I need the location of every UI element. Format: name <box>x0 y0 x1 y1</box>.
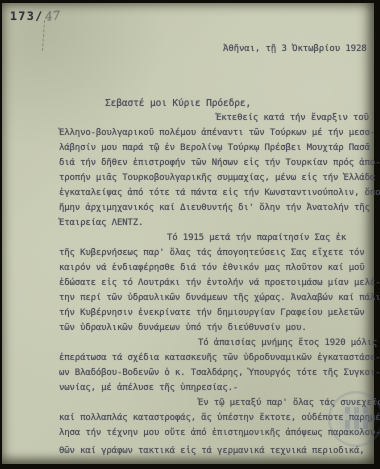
salutation: Σεβαστέ μοι Κύριε Πρόεδρε, <box>105 98 251 109</box>
letter-line: τροπήν μιᾶς Τουρκοβουλγαρικῆς συμμαχίας,… <box>59 171 371 186</box>
letter-line: ἐδώσατε εἰς τό Λουτράκι τήν ἐντολήν νά π… <box>59 276 371 291</box>
letter-line: Τό 1915 μετά τήν παραίτησίν Σας ἐκ <box>59 231 371 246</box>
letter-line: καί πολλαπλάς καταστροφάς, ἅς ὑπέστην ἔκ… <box>59 411 371 426</box>
scanned-letter-photo: 173/47 Ἀθῆναι, τῇ 3 Ὀκτωβρίου 1928 Σεβασ… <box>0 0 380 469</box>
letter-line: τῶν ὑδραυλικῶν δυνάμεων ὑπό τήν διεύθυνσ… <box>59 321 371 336</box>
letter-line: διά τήν δῆθεν ἐπιστροφήν τῶν Νήσων εἰς τ… <box>59 156 371 171</box>
stamp-emblem <box>341 407 371 429</box>
letter-body: Ἐκτεθείς κατά τήν ἔναρξιν τοῦ Ἑλληνο-βου… <box>59 111 371 459</box>
letter-line: Ἐν τῷ μεταξύ παρ' ὅλας τάς συνεχεῖς <box>59 396 371 411</box>
handwritten-number: 47 <box>44 8 61 24</box>
letter-line: ἤμην ἀρχιμηχανικός καί Διευθυντής δι' ὅλ… <box>59 201 371 216</box>
letter-line: ων Βλαδόβου-Βοδενῶν ὁ κ. Τσαλδάρης, Ὑπου… <box>59 366 371 381</box>
letter-line: Ἐκτεθείς κατά τήν ἔναρξιν τοῦ <box>59 111 371 126</box>
letter-line: τήν Κυβέρνησιν ἐνεκρίνατε τήν δημιουργία… <box>59 306 371 321</box>
reference-number: 173/47 <box>10 9 60 23</box>
letter-line: νωνίας, μέ ἀπέλυσε τῆς ὑπηρεσίας.- <box>59 381 371 396</box>
letter-line: την περί τῶν ὑδραυλικῶν δυνάμεων τῆς χώρ… <box>59 291 371 306</box>
letter-line: τῆς Κυβερνήσεως παρ' ὅλας τάς ἀπογοητεύσ… <box>59 246 371 261</box>
typed-reference-number: 173/ <box>10 9 44 23</box>
letter-line: θῶν καί γράφων τακτικά εἰς τά γερμανικά … <box>59 444 371 459</box>
date-line: Ἀθῆναι, τῇ 3 Ὀκτωβρίου 1928 <box>223 44 367 54</box>
pencil-mark-line <box>42 20 45 51</box>
letter-line: λάβησίν μου παρά τῷ ἐν Βερολίνῳ Τούρκῳ Π… <box>59 141 371 156</box>
letter-line: Τό ἀπαισίας μνήμης ἔτος 1920 μόλις <box>59 336 371 351</box>
letter-line: Ἑλληνο-βουλγαρικοῦ πολέμου ἀπέναντι τῶν … <box>59 126 371 141</box>
embossed-circular-stamp-icon <box>328 391 380 447</box>
letter-line: ἐπεράτωσα τά σχέδια κατασκευῆς τῶν ὑδροδ… <box>59 351 371 366</box>
letter-line: καιρόν νά ἐνδιαφέρησθε διά τόν ἐθνικόν μ… <box>59 261 371 276</box>
letter-line: Ἑταιρείας ΛΕΝΤΖ. <box>59 216 371 231</box>
letter-line: λησα τήν τέχνην μου οὔτε ἀπό ἐπιστημονικ… <box>59 426 371 441</box>
letter-page: 173/47 Ἀθῆναι, τῇ 3 Ὀκτωβρίου 1928 Σεβασ… <box>2 3 374 464</box>
letter-line: ἐγκαταλείψας ἀπό τότε τά πάντα εἰς τήν Κ… <box>59 186 371 201</box>
